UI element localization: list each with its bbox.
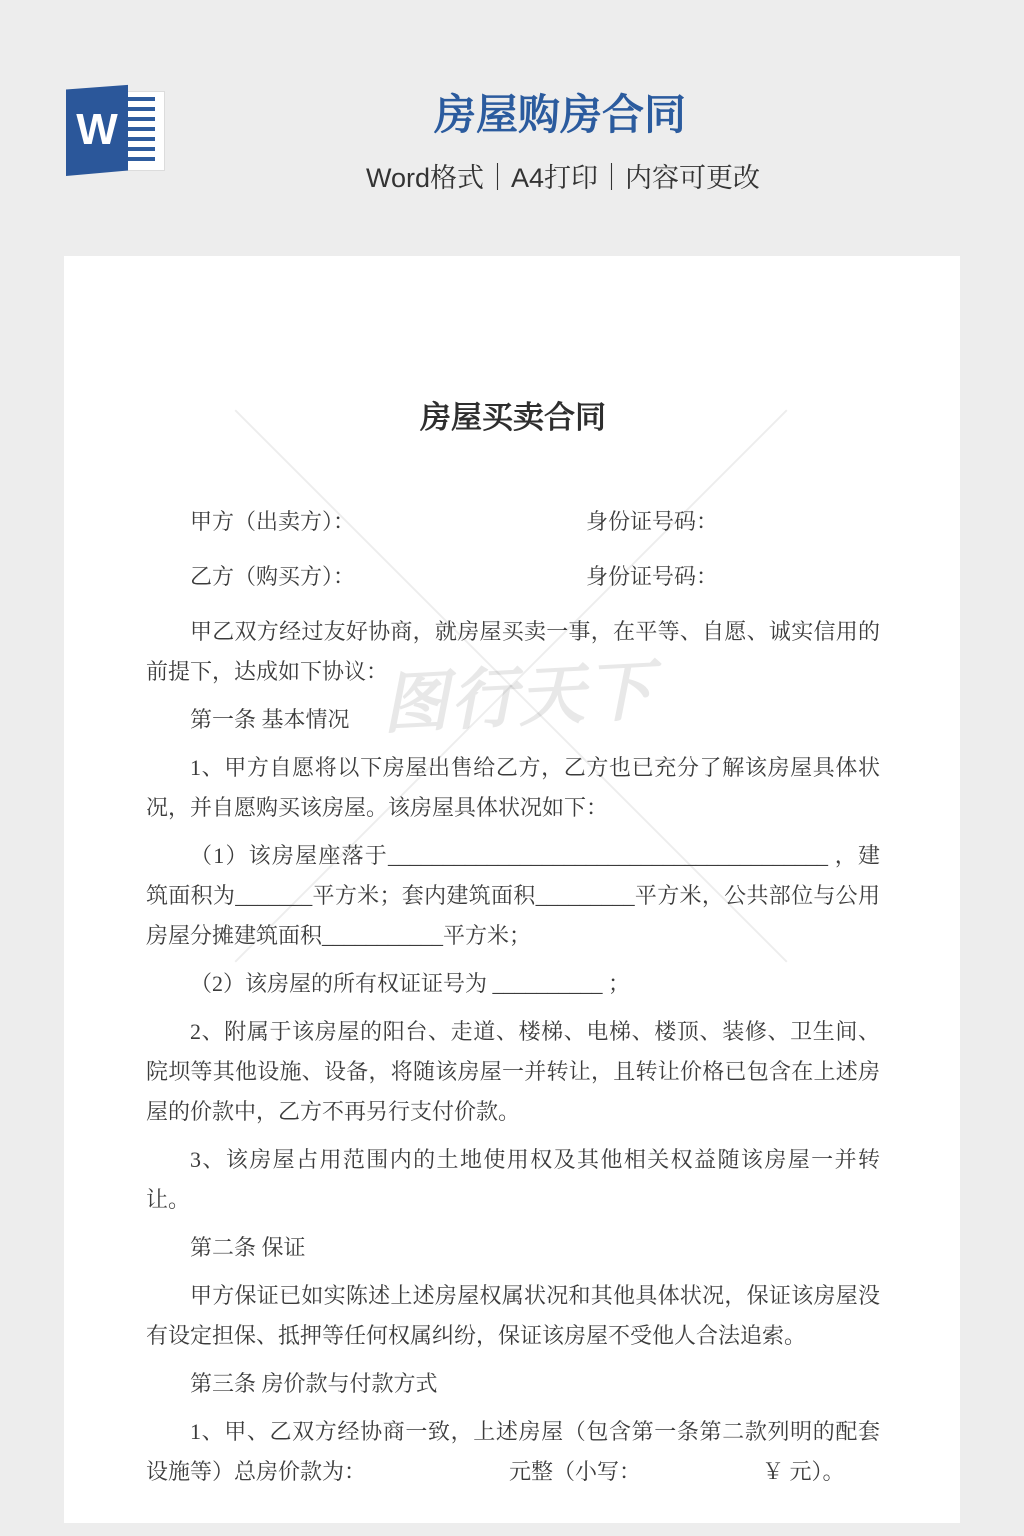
contract-paragraph: 1、甲方自愿将以下房屋出售给乙方，乙方也已充分了解该房屋具体状况，并自愿购买该房… xyxy=(146,748,880,828)
paragraph-list: 甲乙双方经过友好协商，就房屋买卖一事，在平等、自愿、诚实信用的前提下，达成如下协… xyxy=(146,612,880,1492)
contract-paragraph: （1）该房屋座落于_______________________________… xyxy=(146,836,880,956)
party-a-label: 甲方（出卖方）： xyxy=(146,502,586,542)
party-b-id-label: 身份证号码： xyxy=(586,557,880,597)
party-b-label: 乙方（购买方）： xyxy=(146,557,586,597)
party-a-row: 甲方（出卖方）： 身份证号码： xyxy=(146,502,880,542)
contract-paragraph: 甲乙双方经过友好协商，就房屋买卖一事，在平等、自愿、诚实信用的前提下，达成如下协… xyxy=(146,612,880,692)
contract-title: 房屋买卖合同 xyxy=(146,396,880,440)
contract-paragraph: 2、附属于该房屋的阳台、走道、楼梯、电梯、楼顶、装修、卫生间、院坝等其他设施、设… xyxy=(146,1012,880,1132)
contract-paragraph: 1、甲、乙双方经协商一致，上述房屋（包含第一条第二款列明的配套设施等）总房价款为… xyxy=(146,1412,880,1492)
page-subtitle: Word格式｜A4打印｜内容可更改 xyxy=(366,156,760,195)
word-icon-letter: W xyxy=(76,108,118,152)
contract-paragraph: 第二条 保证 xyxy=(146,1228,880,1268)
contract-paragraph: 第一条 基本情况 xyxy=(146,700,880,740)
contract-paragraph: 第三条 房价款与付款方式 xyxy=(146,1364,880,1404)
contract-paragraph: 甲方保证已如实陈述上述房屋权属状况和其他具体状况，保证该房屋没有设定担保、抵押等… xyxy=(146,1276,880,1356)
party-a-id-label: 身份证号码： xyxy=(586,502,880,542)
page-title: 房屋购房合同 xyxy=(434,92,686,138)
word-file-icon: W xyxy=(66,84,164,176)
party-b-row: 乙方（购买方）： 身份证号码： xyxy=(146,557,880,597)
contract-paragraph: （2）该房屋的所有权证证号为 __________ ； xyxy=(146,964,880,1004)
contract-paragraph: 3、该房屋占用范围内的土地使用权及其他相关权益随该房屋一并转让。 xyxy=(146,1140,880,1220)
document-page: 图行天下 房屋买卖合同 甲方（出卖方）： 身份证号码： 乙方（购买方）： 身份证… xyxy=(64,256,960,1523)
word-icon-cover: W xyxy=(66,84,128,176)
contract-body: 房屋买卖合同 甲方（出卖方）： 身份证号码： 乙方（购买方）： 身份证号码： 甲… xyxy=(64,256,960,1492)
